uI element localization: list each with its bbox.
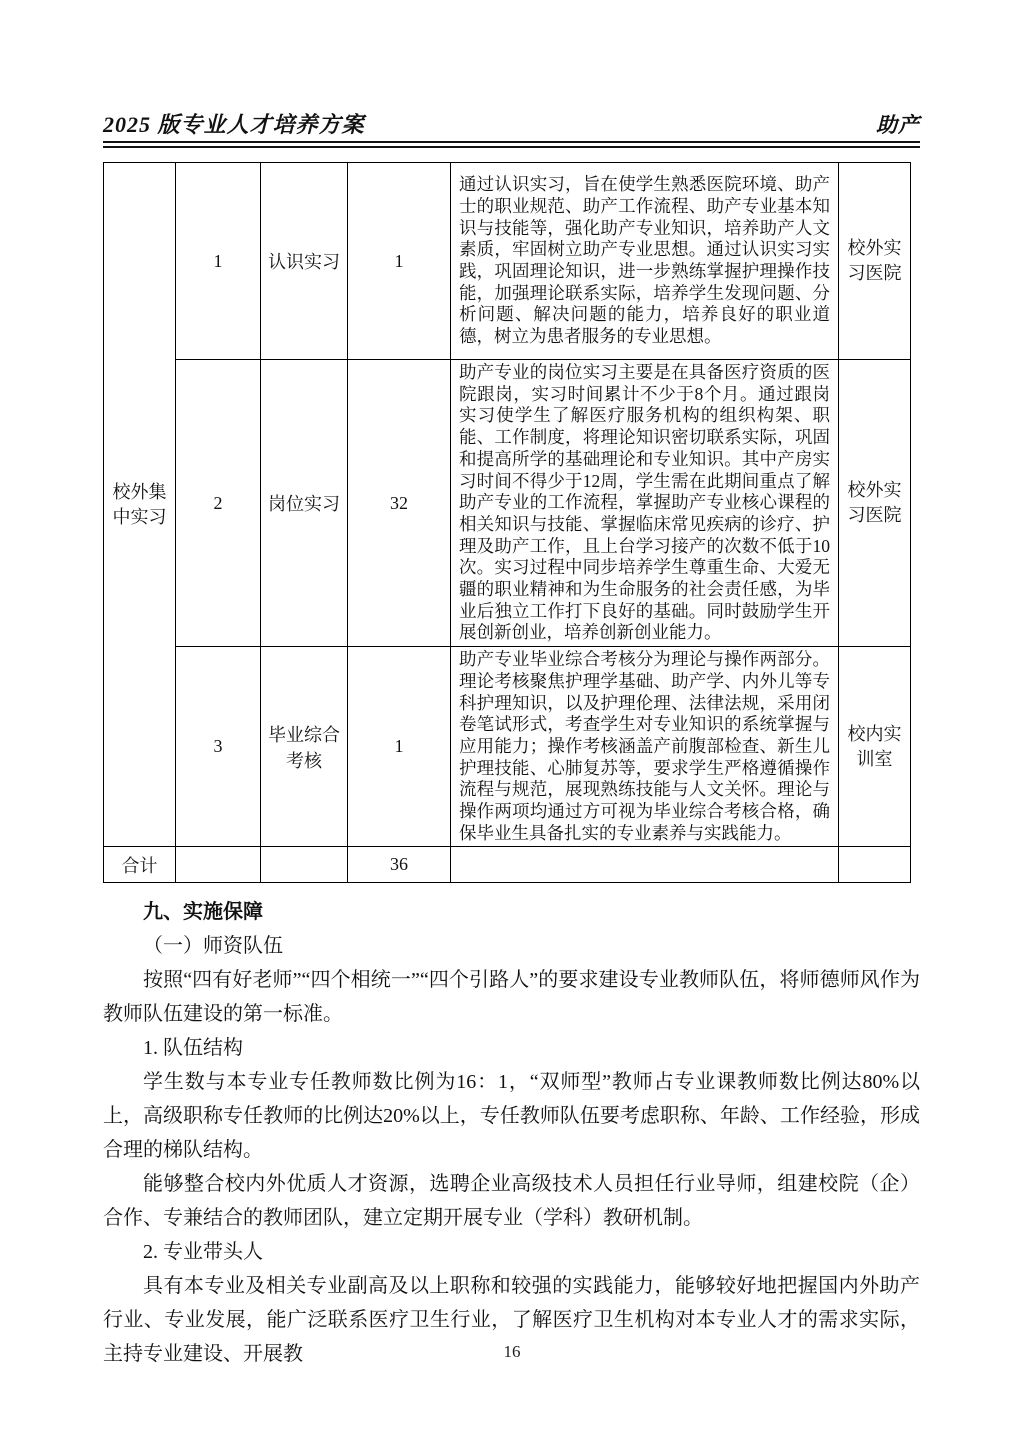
credits-cell: 1 — [348, 163, 451, 360]
total-credits-cell: 36 — [348, 847, 451, 883]
empty-cell — [451, 847, 839, 883]
header-major-label: 助产 — [876, 112, 920, 138]
header-double-rule — [103, 141, 920, 148]
document-page: 2025 版专业人才培养方案 助产 校外集中实习 1 认识实习 1 通过认识实习… — [0, 0, 1024, 1448]
table-row: 2 岗位实习 32 助产专业的岗位实习主要是在具备医疗资质的医院跟岗，实习时间累… — [104, 360, 911, 647]
total-row: 合计 36 — [104, 847, 911, 883]
credits-cell: 32 — [348, 360, 451, 647]
paragraph: 能够整合校内外优质人才资源，选聘企业高级技术人员担任行业导师，组建校院（企）合作… — [103, 1167, 920, 1235]
description-cell: 通过认识实习，旨在使学生熟悉医院环境、助产士的职业规范、助产工作流程、助产专业基… — [451, 163, 839, 360]
course-name-cell: 认识实习 — [261, 163, 348, 360]
site-cell: 校外实习医院 — [839, 360, 911, 647]
empty-cell — [176, 847, 261, 883]
paragraph: 学生数与本专业专任教师数比例为16：1，“双师型”教师占专业课教师数比例达80%… — [103, 1065, 920, 1167]
section-heading-sub1: （一）师资队伍 — [103, 929, 920, 963]
seq-cell: 3 — [176, 647, 261, 847]
table-row: 3 毕业综合考核 1 助产专业毕业综合考核分为理论与操作两部分。理论考核聚焦护理… — [104, 647, 911, 847]
paragraph: 按照“四有好老师”“四个相统一”“四个引路人”的要求建设专业教师队伍，将师德师风… — [103, 963, 920, 1031]
empty-cell — [261, 847, 348, 883]
page-number: 16 — [0, 1342, 1024, 1362]
empty-cell — [839, 847, 911, 883]
course-name-cell: 岗位实习 — [261, 360, 348, 647]
credits-cell: 1 — [348, 647, 451, 847]
seq-cell: 1 — [176, 163, 261, 360]
description-cell: 助产专业毕业综合考核分为理论与操作两部分。理论考核聚焦护理学基础、助产学、内外儿… — [451, 647, 839, 847]
section-heading-sub2: 1. 队伍结构 — [103, 1031, 920, 1065]
category-cell: 校外集中实习 — [104, 163, 176, 847]
header-doc-title: 2025 版专业人才培养方案 — [103, 112, 365, 138]
total-label-cell: 合计 — [104, 847, 176, 883]
course-name-cell: 毕业综合考核 — [261, 647, 348, 847]
site-cell: 校外实习医院 — [839, 163, 911, 360]
body-text: 九、实施保障 （一）师资队伍 按照“四有好老师”“四个相统一”“四个引路人”的要… — [103, 895, 920, 1371]
section-heading-sub3: 2. 专业带头人 — [103, 1235, 920, 1269]
section-heading-main: 九、实施保障 — [103, 895, 920, 929]
running-header: 2025 版专业人才培养方案 助产 — [103, 112, 920, 138]
seq-cell: 2 — [176, 360, 261, 647]
table-row: 校外集中实习 1 认识实习 1 通过认识实习，旨在使学生熟悉医院环境、助产士的职… — [104, 163, 911, 360]
site-cell: 校内实训室 — [839, 647, 911, 847]
description-cell: 助产专业的岗位实习主要是在具备医疗资质的医院跟岗，实习时间累计不少于8个月。通过… — [451, 360, 839, 647]
practice-schedule-table: 校外集中实习 1 认识实习 1 通过认识实习，旨在使学生熟悉医院环境、助产士的职… — [103, 162, 911, 883]
